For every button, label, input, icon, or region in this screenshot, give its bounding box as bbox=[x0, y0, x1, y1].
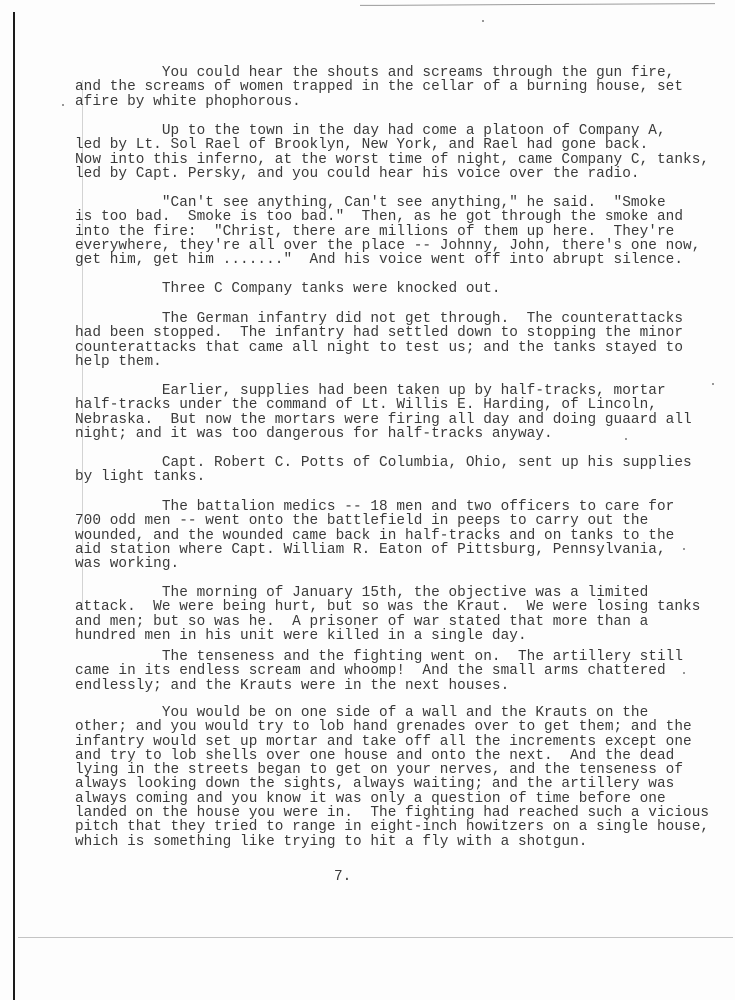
page-number: 7. bbox=[334, 869, 351, 885]
paragraph: The German infantry did not get through.… bbox=[75, 312, 683, 369]
scan-top-edge bbox=[360, 3, 715, 6]
scan-speck bbox=[683, 672, 685, 674]
text-line: is too bad. Smoke is too bad." Then, as … bbox=[75, 210, 700, 224]
text-line: aid station where Capt. William R. Eaton… bbox=[75, 543, 674, 557]
text-line: landed on the house you were in. The fig… bbox=[75, 806, 709, 820]
text-line: led by Lt. Sol Rael of Brooklyn, New Yor… bbox=[75, 138, 709, 152]
text-line: was working. bbox=[75, 557, 674, 571]
text-line: pitch that they tried to range in eight-… bbox=[75, 820, 709, 834]
text-line: half-tracks under the command of Lt. Wil… bbox=[75, 398, 692, 412]
scan-left-border bbox=[13, 12, 15, 1000]
text-line: 700 odd men -- went onto the battlefield… bbox=[75, 514, 674, 528]
scan-speck bbox=[712, 383, 714, 385]
paragraph: The battalion medics -- 18 men and two o… bbox=[75, 500, 674, 571]
text-line: which is something like trying to hit a … bbox=[75, 835, 709, 849]
text-line: afire by white phophorous. bbox=[75, 95, 683, 109]
text-line: came in its endless scream and whoomp! A… bbox=[75, 664, 683, 678]
scan-bottom-edge bbox=[18, 937, 733, 938]
text-line: night; and it was too dangerous for half… bbox=[75, 427, 692, 441]
text-line: endlessly; and the Krauts were in the ne… bbox=[75, 679, 683, 693]
paragraph: You could hear the shouts and screams th… bbox=[75, 66, 683, 109]
text-line: hundred men in his unit were killed in a… bbox=[75, 629, 700, 643]
paragraph: The morning of January 15th, the objecti… bbox=[75, 586, 700, 643]
text-line: everywhere, they're all over the place -… bbox=[75, 239, 700, 253]
text-line: always coming and you know it was only a… bbox=[75, 792, 709, 806]
scan-speck bbox=[625, 438, 627, 440]
text-line: help them. bbox=[75, 355, 683, 369]
text-line: and the screams of women trapped in the … bbox=[75, 80, 683, 94]
text-line: led by Capt. Persky, and you could hear … bbox=[75, 167, 709, 181]
text-line: Three C Company tanks were knocked out. bbox=[75, 282, 501, 296]
text-line: Now into this inferno, at the worst time… bbox=[75, 153, 709, 167]
text-line: Up to the town in the day had come a pla… bbox=[75, 124, 709, 138]
text-line: "Can't see anything, Can't see anything,… bbox=[75, 196, 700, 210]
text-line: infantry would set up mortar and take of… bbox=[75, 735, 709, 749]
paragraph: Three C Company tanks were knocked out. bbox=[75, 282, 501, 296]
text-line: attack. We were being hurt, but so was t… bbox=[75, 600, 700, 614]
paragraph: Up to the town in the day had come a pla… bbox=[75, 124, 709, 181]
scan-speck bbox=[62, 104, 64, 106]
text-line: Earlier, supplies had been taken up by h… bbox=[75, 384, 692, 398]
text-line: other; and you would try to lob hand gre… bbox=[75, 720, 709, 734]
text-line: The tenseness and the fighting went on. … bbox=[75, 650, 683, 664]
paragraph: Earlier, supplies had been taken up by h… bbox=[75, 384, 692, 441]
scan-speck bbox=[683, 548, 685, 550]
text-line: You would be on one side of a wall and t… bbox=[75, 706, 709, 720]
paragraph: You would be on one side of a wall and t… bbox=[75, 706, 709, 849]
paragraph: Capt. Robert C. Potts of Columbia, Ohio,… bbox=[75, 456, 692, 485]
text-line: always looking down the sights, always w… bbox=[75, 777, 709, 791]
text-line: by light tanks. bbox=[75, 470, 692, 484]
paragraph: The tenseness and the fighting went on. … bbox=[75, 650, 683, 693]
scan-speck bbox=[482, 20, 484, 22]
text-line: lying in the streets began to get on you… bbox=[75, 763, 709, 777]
text-line: The battalion medics -- 18 men and two o… bbox=[75, 500, 674, 514]
text-line: had been stopped. The infantry had settl… bbox=[75, 326, 683, 340]
text-line: The German infantry did not get through.… bbox=[75, 312, 683, 326]
text-line: counterattacks that came all night to te… bbox=[75, 341, 683, 355]
text-line: wounded, and the wounded came back in ha… bbox=[75, 529, 674, 543]
paragraph: "Can't see anything, Can't see anything,… bbox=[75, 196, 700, 267]
text-line: get him, get him ......." And his voice … bbox=[75, 253, 700, 267]
text-line: Nebraska. But now the mortars were firin… bbox=[75, 413, 692, 427]
text-line: The morning of January 15th, the objecti… bbox=[75, 586, 700, 600]
document-page: You could hear the shouts and screams th… bbox=[0, 0, 735, 1000]
text-line: and try to lob shells over one house and… bbox=[75, 749, 709, 763]
text-line: into the fire: "Christ, there are millio… bbox=[75, 225, 700, 239]
text-line: Capt. Robert C. Potts of Columbia, Ohio,… bbox=[75, 456, 692, 470]
text-line: and men; but so was he. A prisoner of wa… bbox=[75, 615, 700, 629]
text-line: You could hear the shouts and screams th… bbox=[75, 66, 683, 80]
